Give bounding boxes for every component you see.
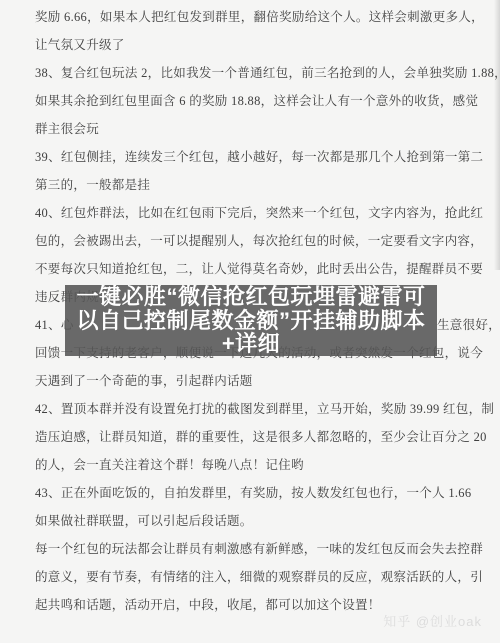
text-line: 的人，会一直关注着这个群！每晚八点！记住哟	[35, 451, 500, 479]
promo-overlay-banner: 一键必胜“微信抢红包玩埋雷避雷可 以自己控制尾数金额”开挂辅助脚本 +详细	[65, 285, 437, 356]
promo-overlay-text-line: 以自己控制尾数金额”开挂辅助脚本	[76, 309, 425, 333]
text-line: 每一个红包的玩法都会让群员有刺激感有新鲜感，一味的发红包反而会失去控群	[35, 535, 500, 563]
text-line: 群主很会玩	[35, 115, 500, 143]
text-line: 不要每次只知道抢红包，二，让人觉得莫名奇妙，此时丢出公告，提醒群员不要	[35, 255, 500, 283]
text-line: 如果做社群联盟，可以引起后段话题。	[35, 507, 500, 535]
text-line: 造压迫感，让群员知道，群的重要性，这是很多人都忽略的，至少会让百分之 20	[35, 423, 500, 451]
document-page: { "page": { "background": "#f5f5f4", "te…	[0, 0, 500, 643]
text-line: 的意义，要有节奏，有情绪的注入，细微的观察群员的反应，观察活跃的人，引	[35, 563, 500, 591]
text-line: 39、红包侧挂，连续发三个红包，越小越好，每一次都是那几个人抢到第一第二	[35, 143, 500, 171]
text-line: 让气氛又升级了	[35, 31, 500, 59]
text-line: 42、置顶本群并没有设置免打扰的截图发到群里，立马开始，奖励 39.99 红包，…	[35, 395, 500, 423]
text-line: 38、复合红包玩法 2，比如我发一个普通红包，前三名抢到的人，会单独奖励 1.8…	[35, 59, 500, 87]
text-fragment-right: 生意很好，	[437, 311, 500, 339]
text-line: 40、红包炸群法，比如在红包雨下完后，突然来一个红包，文字内容为，抢此红	[35, 199, 500, 227]
zhihu-watermark: 知乎 @创业oak	[383, 611, 482, 630]
text-line: 43、正在外面吃饭的，自拍发群里，有奖励，按人数发红包也行，一个人 1.66	[35, 479, 500, 507]
text-line: 天遇到了一个奇葩的事，引起群内话题	[35, 367, 500, 395]
text-line: 如果其余抢到红包里面含 6 的奖励 18.88，这样会让人有一个意外的收货，感觉	[35, 87, 500, 115]
text-line: 包的，会被踢出去，一可以提醒别人，每次抢红包的时候，一定要看文字内容，	[35, 227, 500, 255]
promo-overlay-text-line: +详细	[222, 332, 280, 356]
text-line: 奖励 6.66，如果本人把红包发到群里，翻倍奖励给这个人。这样会刺激更多人，	[35, 3, 500, 31]
promo-overlay-text-line: 一键必胜“微信抢红包玩埋雷避雷可	[76, 285, 425, 309]
scan-edge-shade	[494, 0, 500, 270]
text-line: 第三的，一般都是挂	[35, 171, 500, 199]
